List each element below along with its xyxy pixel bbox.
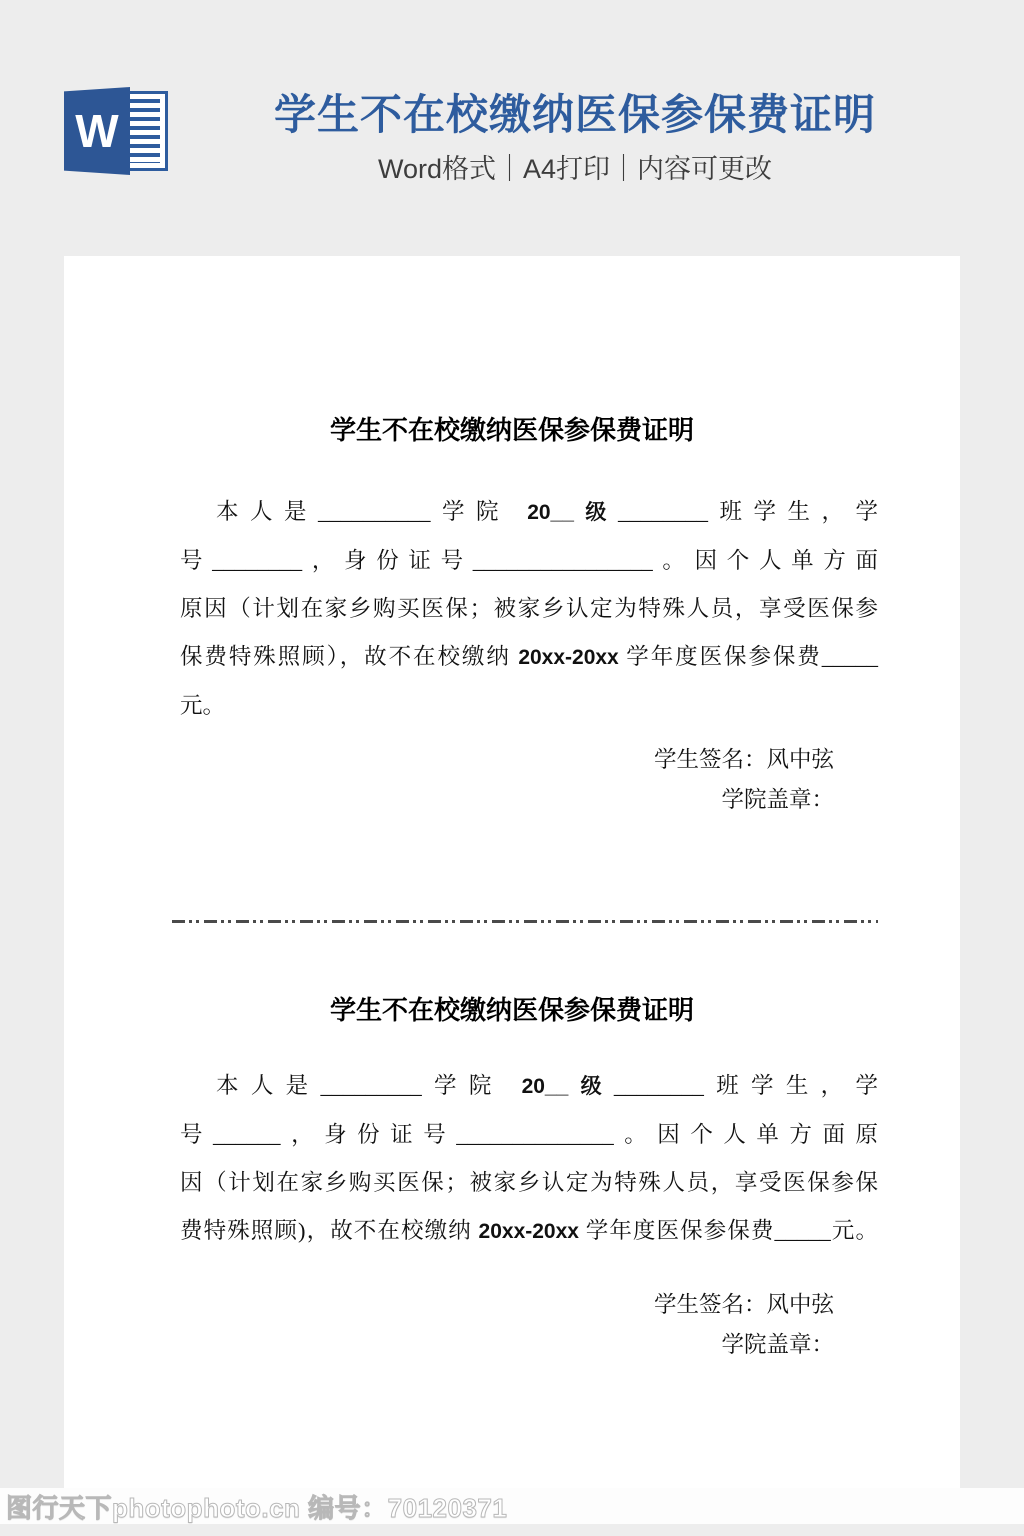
student-signature-line: 学生签名：风中弦: [64, 1285, 834, 1325]
certificate-title-1: 学生不在校缴纳医保参保费证明: [64, 413, 960, 447]
body-line: 因（计划在家乡购买医保；被家乡认定为特殊人员，享受医保参保: [180, 1159, 878, 1207]
body-line: 号________，身份证号________________。因个人单方面: [180, 537, 878, 585]
body-line: 保费特殊照顾），故不在校缴纳 20xx-20xx 学年度医保参保费_____: [180, 633, 878, 682]
document-page: 学生不在校缴纳医保参保费证明 本人是__________学院 20__级____…: [64, 256, 960, 1524]
page-title: 学生不在校缴纳医保参保费证明: [180, 90, 970, 140]
watermark-bar: 图行天下photophoto.cn 编号：70120371: [0, 1488, 1024, 1524]
college-seal-line: 学院盖章：: [64, 1325, 834, 1365]
student-signature-line: 学生签名：风中弦: [64, 740, 834, 780]
word-icon-letter: W: [64, 87, 130, 175]
page-subtitle: Word格式｜A4打印｜内容可更改: [180, 152, 970, 186]
certificate-title-2: 学生不在校缴纳医保参保费证明: [64, 993, 960, 1027]
signature-block-2: 学生签名：风中弦 学院盖章：: [64, 1285, 960, 1365]
certificate-body-2: 本人是_________学院 20__级________班学生，学号______…: [180, 1062, 878, 1256]
certificate-body-1: 本人是__________学院 20__级________班学生，学号_____…: [180, 488, 878, 730]
cut-line-separator: [172, 920, 878, 923]
word-icon: W: [64, 87, 170, 175]
body-line: 费特殊照顾)，故不在校缴纳 20xx-20xx 学年度医保参保费_____元。: [180, 1207, 878, 1256]
college-seal-line: 学院盖章：: [64, 780, 834, 820]
body-line: 元。: [180, 682, 878, 730]
body-line: 本人是_________学院 20__级________班学生，学: [180, 1062, 878, 1111]
body-line: 号______，身份证号______________。因个人单方面原: [180, 1111, 878, 1159]
watermark-text: 图行天下photophoto.cn 编号：70120371: [0, 1488, 507, 1525]
signature-block-1: 学生签名：风中弦 学院盖章：: [64, 740, 960, 820]
body-line: 本人是__________学院 20__级________班学生，学: [180, 488, 878, 537]
body-line: 原因（计划在家乡购买医保；被家乡认定为特殊人员，享受医保参: [180, 585, 878, 633]
